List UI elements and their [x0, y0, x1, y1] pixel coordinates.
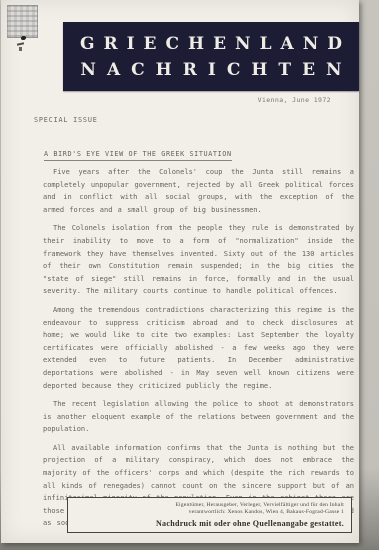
pen-mark-small [19, 47, 22, 51]
paper-sheet: GRIECHENLAND NACHRICHTEN Vienna, June 19… [1, 0, 359, 543]
paragraph-4: The recent legislation allowing the poli… [43, 398, 354, 436]
imprint-line2: verantwortlich: Xenos Kandos, Wien 4, Ba… [68, 509, 344, 516]
scanned-newsletter-page: GRIECHENLAND NACHRICHTEN Vienna, June 19… [0, 0, 379, 550]
ink-dot-mark [21, 36, 26, 40]
imprint-box: Eigentümer, Herausgeber, Verleger, Vervi… [67, 497, 352, 533]
article-title: A BIRD'S EYE VIEW OF THE GREEK SITUATION [44, 150, 232, 161]
paragraph-1: Five years after the Colonels' coup the … [43, 166, 354, 216]
masthead-title-line1: GRIECHENLAND [80, 34, 351, 54]
dateline: Vienna, June 1972 [258, 96, 331, 104]
paragraph-3: Among the tremendous contradictions char… [43, 304, 354, 392]
pen-mark [17, 42, 24, 45]
masthead-title-line2: NACHRICHTEN [80, 60, 352, 80]
article-body: Five years after the Colonels' coup the … [43, 166, 354, 536]
reprint-notice: Nachdruck mit oder ohne Quellenangabe ge… [68, 519, 344, 528]
paragraph-2: The Colonels isolation from the people t… [43, 222, 354, 298]
library-stamp-icon [7, 5, 38, 38]
special-issue-label: SPECIAL ISSUE [34, 116, 98, 124]
imprint-line1: Eigentümer, Herausgeber, Verleger, Vervi… [68, 502, 344, 509]
masthead-banner: GRIECHENLAND NACHRICHTEN [63, 22, 359, 91]
